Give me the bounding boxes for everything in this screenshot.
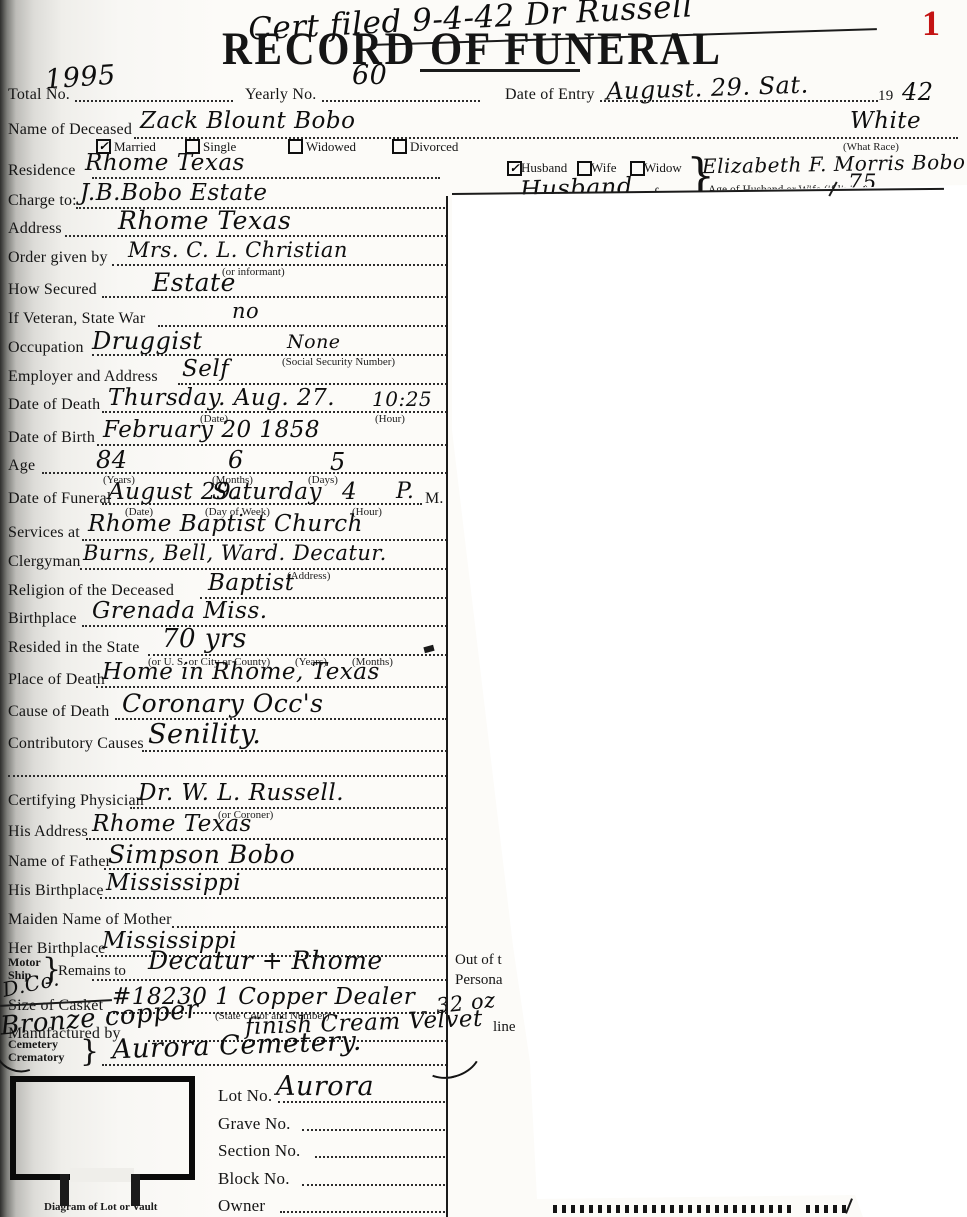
employer-label: Employer and Address [8,368,158,386]
services-at-value: Rhome Baptist Church [88,511,363,537]
date-of-entry-label: Date of Entry [505,86,595,104]
lined-fragment: line [493,1019,516,1036]
physician-label: Certifying Physician [8,792,144,810]
address-label: Address [8,220,62,238]
charge-to-value: J.B.Bobo Estate [80,180,268,206]
place-of-death-value: Home in Rhome, Texas [102,659,380,685]
mother-label: Maiden Name of Mother [8,911,172,929]
age-label: Age [8,457,35,475]
funeral-record-page: Cert filed 9-4-42 Dr Russell RECORD OF F… [0,0,967,1217]
dotted-line [102,1064,447,1066]
out-of-town-fragment: Out of t [455,952,502,969]
dotted-line [92,177,440,179]
contributory-value: Senility. [148,719,261,750]
page-title: RECORD OF FUNERAL [222,22,723,76]
dotted-line [302,1129,445,1131]
hour-of-death-value: 10:25 [372,387,432,411]
diagram-of-lot-box [10,1076,195,1180]
religion-value: Baptist [208,570,294,596]
how-secured-value: Estate [152,268,236,297]
employer-value: Self [182,356,229,382]
race-value: White [850,108,921,134]
death-hour-note: (Hour) [375,413,405,425]
dotted-line [97,444,447,446]
father-birthplace-value: Mississippi [106,870,241,896]
lot-no-label: Lot No. [218,1086,272,1106]
dotted-line [82,625,447,627]
funeral-hour-value: 4 [342,479,357,505]
clergyman-label: Clergyman [8,553,81,571]
dotted-line [315,1156,445,1158]
dotted-line [100,897,447,899]
title-rule [420,69,580,72]
age-months-value: 6 [228,446,244,474]
father-value: Simpson Bobo [108,840,295,869]
checkbox-divorced [392,139,407,154]
dotted-line [134,137,958,139]
ssn-note: (Social Security Number) [282,356,395,368]
dotted-line [278,1101,445,1103]
funeral-meridiem-written: P. [396,479,414,504]
order-given-by-value: Mrs. C. L. Christian [128,238,348,262]
father-birthplace-label: His Birthplace [8,882,104,900]
name-of-deceased-label: Name of Deceased [8,121,132,139]
personal-fragment: Persona [455,972,503,989]
how-secured-label: How Secured [8,281,97,299]
father-label: Name of Father [8,853,111,871]
order-given-by-label: Order given by [8,249,108,267]
section-no-label: Section No. [218,1141,300,1161]
checkbox-widowed-label: Widowed [306,139,356,155]
diagram-caption: Diagram of Lot or Vault [44,1201,157,1213]
dotted-line [102,503,422,505]
dotted-line [600,100,878,102]
dotted-line [8,775,447,777]
checkbox-widow-label: Widow [644,160,682,176]
clergyman-value: Burns, Bell, Ward. Decatur. [83,541,387,565]
dotted-line [302,1184,445,1186]
remains-to-label: Remains to [58,963,126,980]
residence-label: Residence [8,162,76,180]
year-written: 42 [902,78,934,106]
block-no-label: Block No. [218,1169,290,1189]
date-of-death-value: Thursday. Aug. 27. [108,385,335,411]
ink-stroke [845,1198,853,1214]
residence-value: Rhome Texas [85,150,245,176]
lot-no-value: Aurora [276,1071,374,1102]
remains-to-value: Decatur + Rhome [148,946,383,975]
date-of-death-label: Date of Death [8,396,100,414]
checkbox-husband: ✓ [507,161,522,176]
birthplace-label: Birthplace [8,610,77,628]
date-of-birth-value: February 20 1858 [103,417,320,443]
year-printed: 19 [878,88,893,105]
total-no-value: 1995 [44,60,117,96]
place-of-death-label: Place of Death [8,671,105,689]
yearly-no-value: 60 [352,60,387,91]
occupation-value: Druggist [92,327,203,355]
funeral-meridiem-printed: M. [425,490,444,508]
occupation-label: Occupation [8,339,84,357]
date-of-birth-label: Date of Birth [8,429,95,447]
address-value: Rhome Texas [118,206,291,235]
grave-no-label: Grave No. [218,1114,291,1134]
owner-label: Owner [218,1196,265,1216]
funeral-day-value: Saturday [212,479,322,505]
physician-value: Dr. W. L. Russell. [138,780,344,806]
dotted-line [65,235,447,237]
cutoff-print-fragment [806,1205,846,1213]
checkbox-divorced-label: Divorced [410,139,458,155]
diagram-box-gap [70,1168,134,1182]
date-of-funeral-label: Date of Funeral [8,490,111,508]
cause-of-death-value: Coronary Occ's [122,689,323,718]
veteran-value: no [232,299,259,323]
resided-value: 70 yrs [162,624,247,654]
services-at-label: Services at [8,524,80,542]
page-number: 1 [922,2,940,44]
dotted-line [96,686,447,688]
ssn-value: None [287,331,341,353]
name-of-deceased-value: Zack Blount Bobo [140,108,355,134]
cemetery-brace: } [80,1034,99,1069]
contributory-label: Contributory Causes [8,735,144,753]
dotted-line [102,296,447,298]
dotted-line [92,979,447,981]
birthplace-value: Grenada Miss. [92,598,268,624]
column-divider-line [446,196,448,1217]
physician-address-value: Rhome Texas [92,811,252,837]
dotted-line [280,1211,445,1213]
charge-to-label: Charge to: [8,192,77,210]
resided-label: Resided in the State [8,639,140,657]
cutoff-print-fragment [553,1205,791,1213]
dotted-line [322,100,480,102]
cemetery-value: Aurora Cemetery. [112,1026,363,1066]
physician-address-label: His Address [8,823,88,841]
ink-mark [423,645,434,653]
cause-of-death-label: Cause of Death [8,703,109,721]
yearly-no-label: Yearly No. [245,86,316,104]
dotted-line [75,100,233,102]
veteran-label: If Veteran, State War [8,310,145,328]
dotted-line [142,750,447,752]
checkbox-widowed [288,139,303,154]
spouse-name-value: Elizabeth F. Morris Bobo [702,150,966,179]
dotted-line [130,807,447,809]
age-years-value: 84 [96,446,128,474]
